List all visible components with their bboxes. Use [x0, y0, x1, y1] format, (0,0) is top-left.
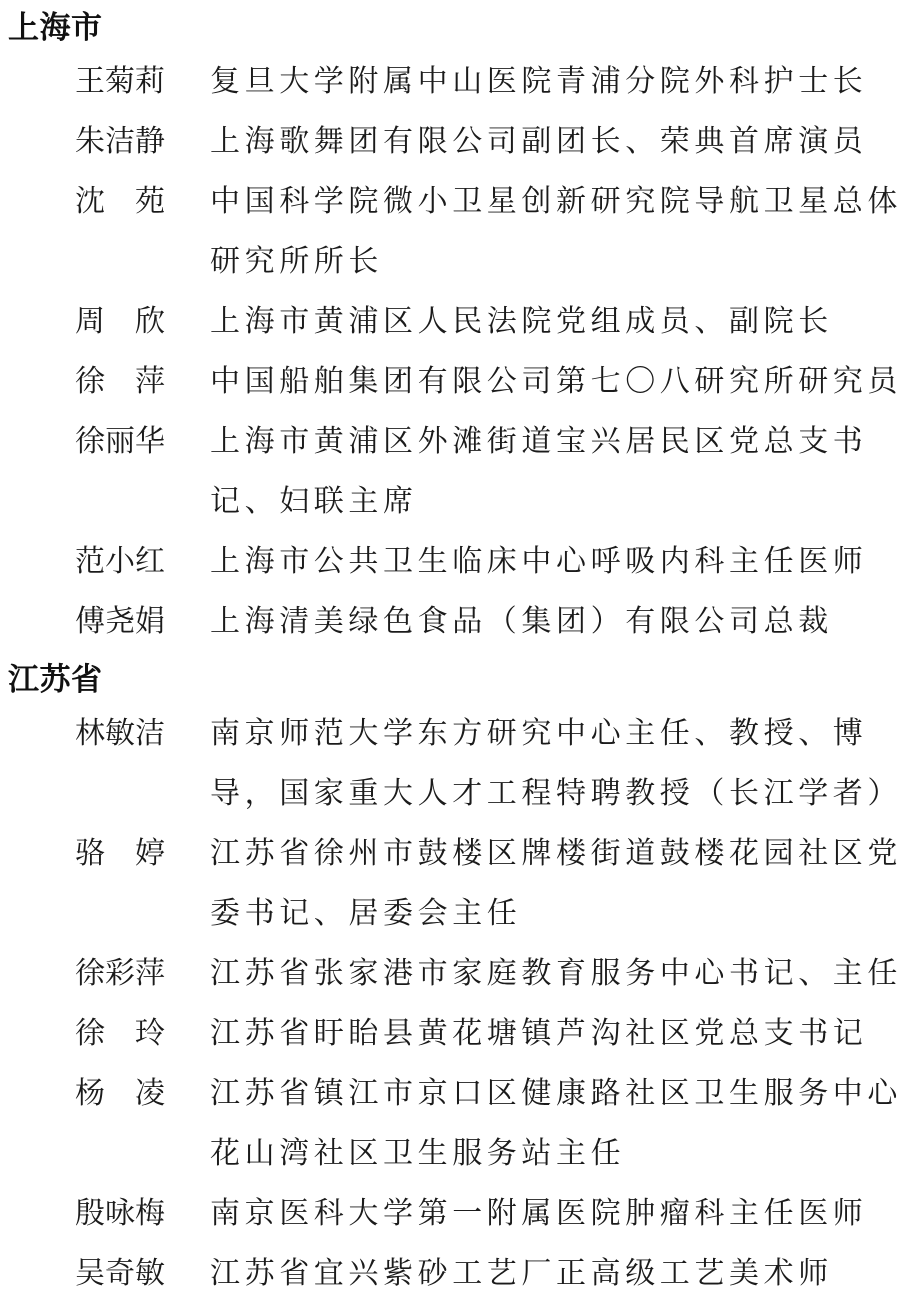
- sections-root: 上海市王菊莉复旦大学附属中山医院青浦分院外科护士长朱洁静上海歌舞团有限公司副团长…: [0, 4, 900, 1304]
- title-line: 委书记、居委会主任: [210, 884, 900, 944]
- list-item: 周 欣上海市黄浦区人民法院党组成员、副院长: [0, 292, 900, 352]
- list-item: 吴奇敏江苏省宜兴紫砂工艺厂正高级工艺美术师: [0, 1244, 900, 1304]
- list-item: 沈 苑中国科学院微小卫星创新研究院导航卫星总体研究所所长: [0, 172, 900, 292]
- list-item: 殷咏梅南京医科大学第一附属医院肿瘤科主任医师: [0, 1184, 900, 1244]
- list-item: 林敏洁南京师范大学东方研究中心主任、教授、博导，国家重大人才工程特聘教授（长江学…: [0, 704, 900, 824]
- person-name: 杨 凌: [75, 1064, 165, 1124]
- person-name: 徐丽华: [75, 412, 165, 472]
- person-name: 吴奇敏: [75, 1244, 165, 1304]
- person-name: 周 欣: [75, 292, 165, 352]
- person-name: 王菊莉: [75, 52, 165, 112]
- person-name: 骆 婷: [75, 824, 165, 884]
- title-line: 导，国家重大人才工程特聘教授（长江学者）: [210, 764, 900, 824]
- person-title: 复旦大学附属中山医院青浦分院外科护士长: [210, 52, 867, 112]
- title-line: 江苏省盱眙县黄花塘镇芦沟社区党总支书记: [210, 1004, 867, 1064]
- title-line: 上海市黄浦区人民法院党组成员、副院长: [210, 292, 833, 352]
- person-title: 上海市黄浦区外滩街道宝兴居民区党总支书记、妇联主席: [210, 412, 867, 532]
- person-name: 林敏洁: [75, 704, 165, 764]
- title-line: 江苏省宜兴紫砂工艺厂正高级工艺美术师: [210, 1244, 833, 1304]
- person-title: 江苏省张家港市家庭教育服务中心书记、主任: [210, 944, 900, 1004]
- province-section: 江苏省林敏洁南京师范大学东方研究中心主任、教授、博导，国家重大人才工程特聘教授（…: [0, 656, 900, 1304]
- province-header: 江苏省: [0, 656, 900, 704]
- title-line: 上海歌舞团有限公司副团长、荣典首席演员: [210, 112, 867, 172]
- person-title: 上海清美绿色食品（集团）有限公司总裁: [210, 592, 833, 652]
- list-item: 王菊莉复旦大学附属中山医院青浦分院外科护士长: [0, 52, 900, 112]
- title-line: 研究所所长: [210, 232, 900, 292]
- person-title: 中国科学院微小卫星创新研究院导航卫星总体研究所所长: [210, 172, 900, 292]
- person-name: 徐 萍: [75, 352, 165, 412]
- person-name: 徐 玲: [75, 1004, 165, 1064]
- title-line: 中国船舶集团有限公司第七〇八研究所研究员: [210, 352, 900, 412]
- person-name: 范小红: [75, 532, 165, 592]
- person-name: 殷咏梅: [75, 1184, 165, 1244]
- person-name: 傅尧娟: [75, 592, 165, 652]
- person-title: 上海市公共卫生临床中心呼吸内科主任医师: [210, 532, 867, 592]
- list-item: 徐 玲江苏省盱眙县黄花塘镇芦沟社区党总支书记: [0, 1004, 900, 1064]
- title-line: 记、妇联主席: [210, 472, 867, 532]
- province-header: 上海市: [0, 4, 900, 52]
- title-line: 上海市公共卫生临床中心呼吸内科主任医师: [210, 532, 867, 592]
- title-line: 花山湾社区卫生服务站主任: [210, 1124, 900, 1184]
- title-line: 中国科学院微小卫星创新研究院导航卫星总体: [210, 172, 900, 232]
- list-item: 徐 萍中国船舶集团有限公司第七〇八研究所研究员: [0, 352, 900, 412]
- title-line: 江苏省镇江市京口区健康路社区卫生服务中心: [210, 1064, 900, 1124]
- list-item: 骆 婷江苏省徐州市鼓楼区牌楼街道鼓楼花园社区党委书记、居委会主任: [0, 824, 900, 944]
- person-name: 朱洁静: [75, 112, 165, 172]
- title-line: 上海清美绿色食品（集团）有限公司总裁: [210, 592, 833, 652]
- title-line: 江苏省徐州市鼓楼区牌楼街道鼓楼花园社区党: [210, 824, 900, 884]
- title-line: 上海市黄浦区外滩街道宝兴居民区党总支书: [210, 412, 867, 472]
- list-item: 范小红上海市公共卫生临床中心呼吸内科主任医师: [0, 532, 900, 592]
- list-item: 傅尧娟上海清美绿色食品（集团）有限公司总裁: [0, 592, 900, 652]
- title-line: 江苏省张家港市家庭教育服务中心书记、主任: [210, 944, 900, 1004]
- list-item: 杨 凌江苏省镇江市京口区健康路社区卫生服务中心花山湾社区卫生服务站主任: [0, 1064, 900, 1184]
- title-line: 南京师范大学东方研究中心主任、教授、博: [210, 704, 900, 764]
- person-title: 江苏省宜兴紫砂工艺厂正高级工艺美术师: [210, 1244, 833, 1304]
- title-line: 复旦大学附属中山医院青浦分院外科护士长: [210, 52, 867, 112]
- person-title: 南京师范大学东方研究中心主任、教授、博导，国家重大人才工程特聘教授（长江学者）: [210, 704, 900, 824]
- list-item: 朱洁静上海歌舞团有限公司副团长、荣典首席演员: [0, 112, 900, 172]
- person-title: 江苏省徐州市鼓楼区牌楼街道鼓楼花园社区党委书记、居委会主任: [210, 824, 900, 944]
- list-item: 徐彩萍江苏省张家港市家庭教育服务中心书记、主任: [0, 944, 900, 1004]
- honoree-list-page: 上海市王菊莉复旦大学附属中山医院青浦分院外科护士长朱洁静上海歌舞团有限公司副团长…: [0, 0, 900, 1304]
- title-line: 南京医科大学第一附属医院肿瘤科主任医师: [210, 1184, 867, 1244]
- province-section: 上海市王菊莉复旦大学附属中山医院青浦分院外科护士长朱洁静上海歌舞团有限公司副团长…: [0, 4, 900, 652]
- person-title: 江苏省盱眙县黄花塘镇芦沟社区党总支书记: [210, 1004, 867, 1064]
- person-name: 沈 苑: [75, 172, 165, 232]
- person-title: 上海歌舞团有限公司副团长、荣典首席演员: [210, 112, 867, 172]
- person-title: 中国船舶集团有限公司第七〇八研究所研究员: [210, 352, 900, 412]
- person-title: 江苏省镇江市京口区健康路社区卫生服务中心花山湾社区卫生服务站主任: [210, 1064, 900, 1184]
- person-name: 徐彩萍: [75, 944, 165, 1004]
- list-item: 徐丽华上海市黄浦区外滩街道宝兴居民区党总支书记、妇联主席: [0, 412, 900, 532]
- person-title: 上海市黄浦区人民法院党组成员、副院长: [210, 292, 833, 352]
- person-title: 南京医科大学第一附属医院肿瘤科主任医师: [210, 1184, 867, 1244]
